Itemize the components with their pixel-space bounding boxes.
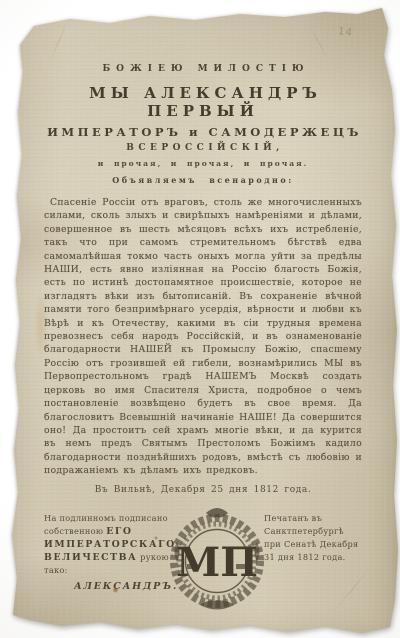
imperial-subtitle: ИМПЕРАТОРЪ и САМОДЕРЖЕЦЪ: [44, 125, 362, 139]
dateline: Въ Вильнѣ, Декабря 25 дня 1812 года.: [44, 485, 362, 495]
seal-ornament-icon: МП: [170, 504, 264, 614]
manifesto-content: БОЖІЕЮ МИЛОСТІЮ МЫ АЛЕКСАНДРЪ ПЕРВЫЙ ИМП…: [44, 64, 362, 614]
pencil-annotation: 14: [337, 26, 353, 39]
signature-name: АЛЕКСАНДРЪ.: [74, 580, 170, 593]
manifesto-paper: 14 БОЖІЕЮ МИЛОСТІЮ МЫ АЛЕКСАНДРЪ ПЕРВЫЙ …: [0, 0, 400, 638]
etcetera-line: и прочая, и прочая, и прочая.: [44, 159, 362, 168]
wormhole-mark: [16, 30, 22, 37]
invocation-line: БОЖІЕЮ МИЛОСТІЮ: [44, 64, 362, 74]
paper-shadow-wrap: 14 БОЖІЕЮ МИЛОСТІЮ МЫ АЛЕКСАНДРЪ ПЕРВЫЙ …: [0, 0, 400, 638]
proclamation-line: Объявляемъ всенародно:: [44, 175, 362, 185]
signature-block: На подлинномъ подписано собственною ЕГО …: [44, 512, 362, 614]
attestation-column: На подлинномъ подписано собственною ЕГО …: [44, 512, 170, 593]
imperial-seal-stamp: МП: [170, 504, 264, 614]
photo-background: 14 БОЖІЕЮ МИЛОСТІЮ МЫ АЛЕКСАНДРЪ ПЕРВЫЙ …: [0, 0, 400, 638]
colophon-column: Печатанъ въ Санктпетербургѣ при Сенатѣ Д…: [264, 512, 362, 564]
imperial-subtitle-2: ВСЕРОССІЙСКІЙ,: [44, 143, 362, 153]
body-paragraph: Спасеніе Россіи отъ враговъ, столь же мн…: [44, 196, 362, 478]
seal-monogram-letters: МП: [176, 539, 258, 586]
imperial-title: МЫ АЛЕКСАНДРЪ ПЕРВЫЙ: [44, 84, 362, 120]
